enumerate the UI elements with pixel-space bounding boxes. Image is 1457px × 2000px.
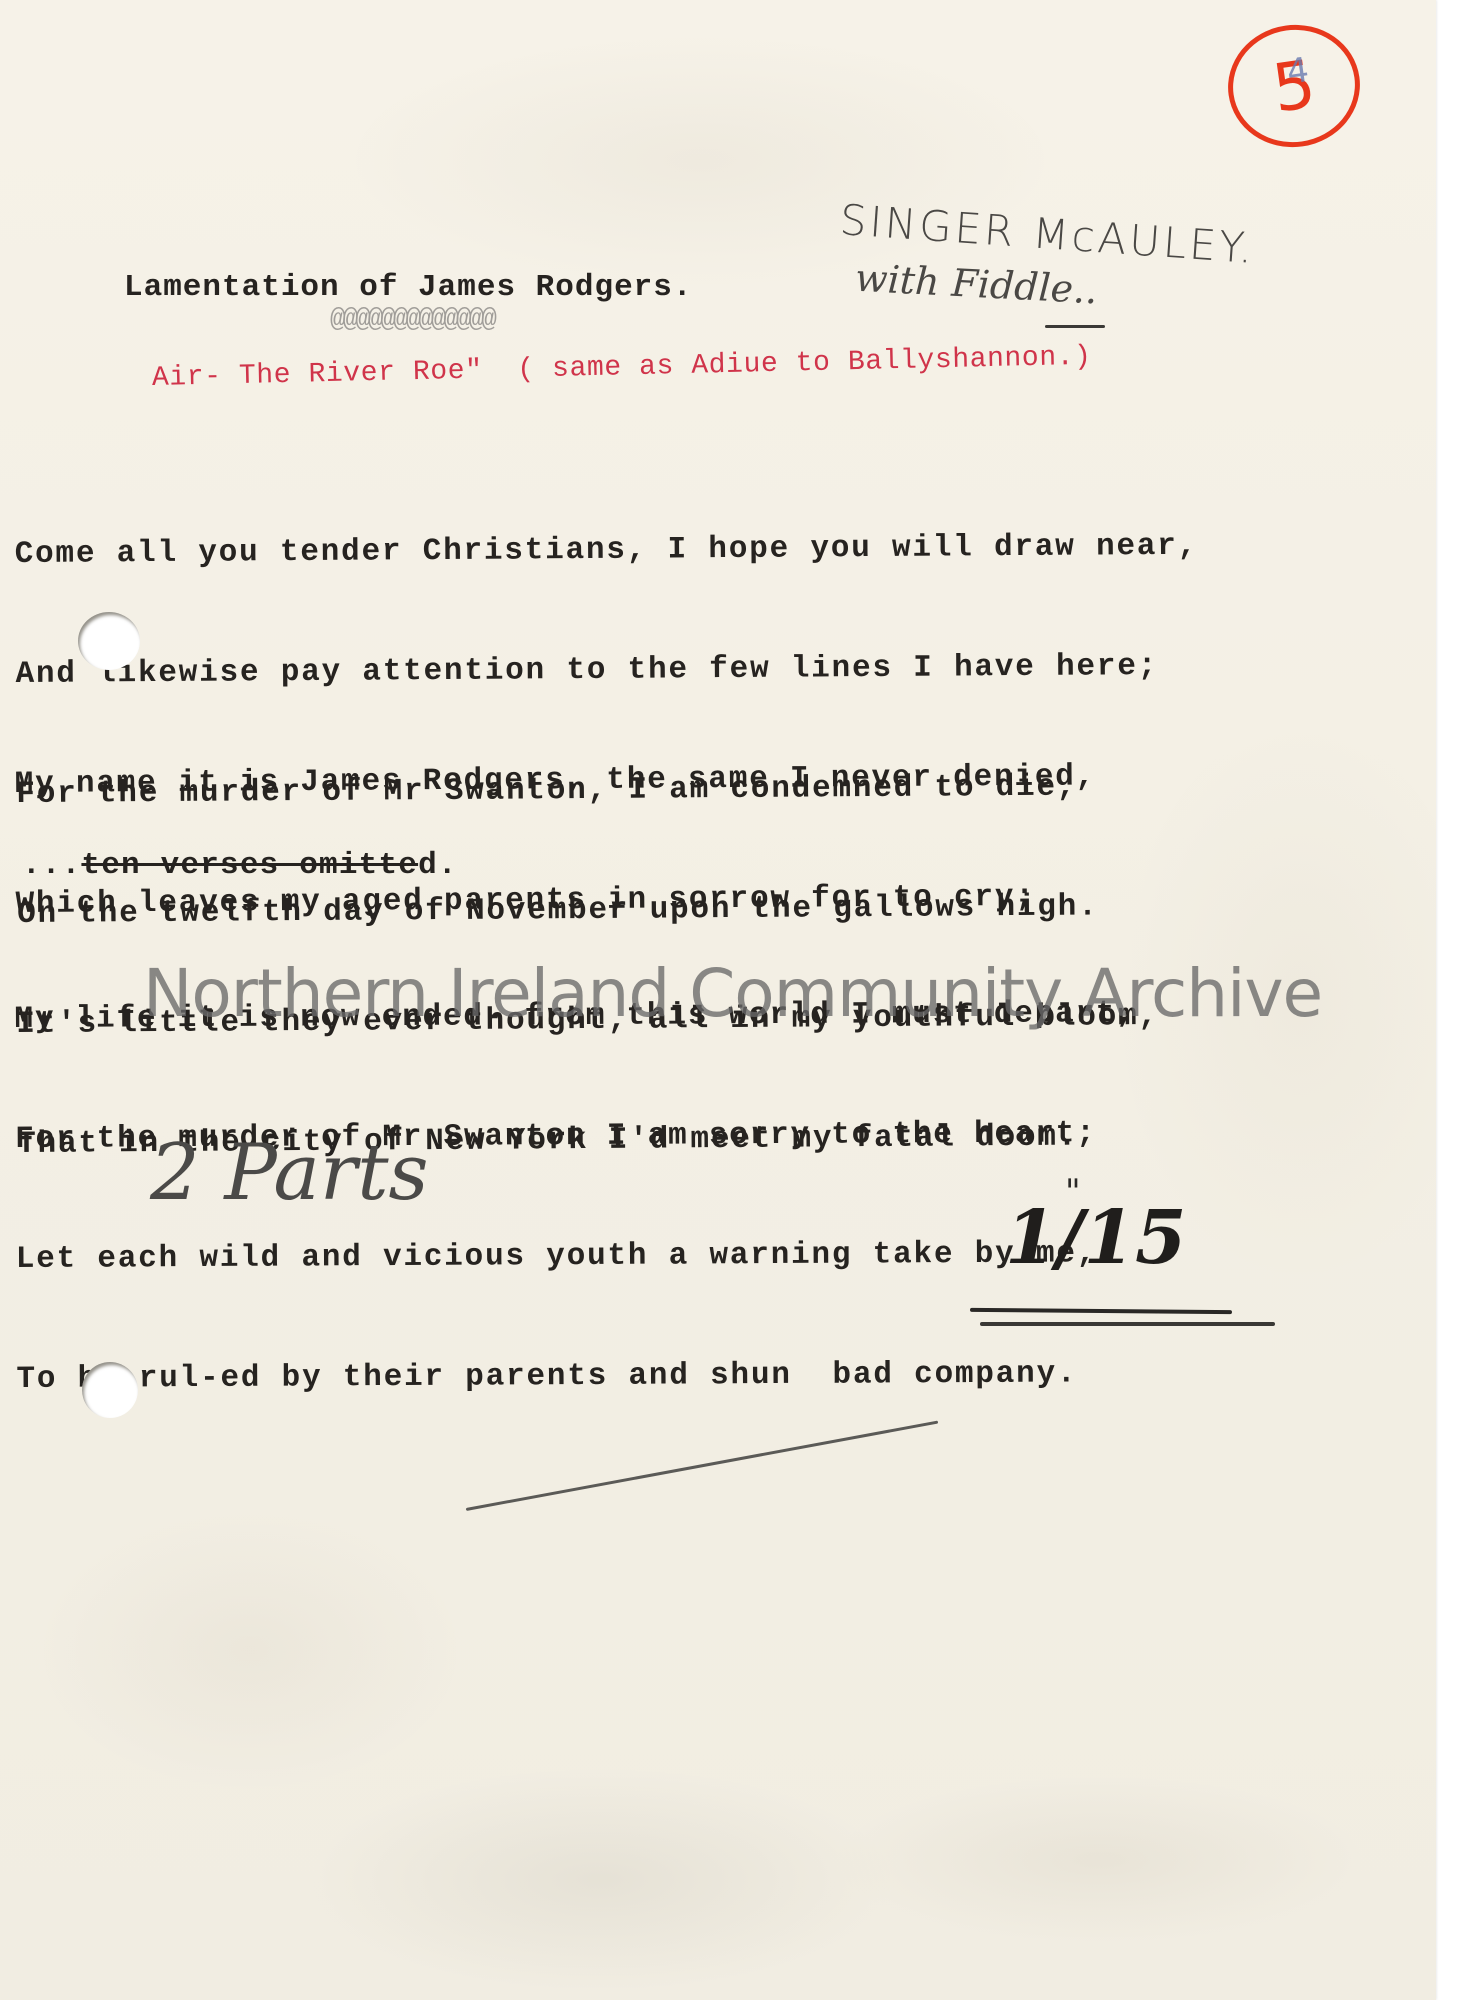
double-underline-bottom xyxy=(980,1322,1275,1326)
verse-line: Let each wild and vicious youth a warnin… xyxy=(16,1234,1138,1280)
omitted-struck-text: ten verses omitte xyxy=(81,848,418,883)
song-title: Lamentation of James Rodgers. xyxy=(124,270,693,305)
annotation-underline xyxy=(1045,325,1105,328)
punch-hole xyxy=(82,1362,138,1418)
title-underline: @@@@@@@@@@@@@ xyxy=(330,304,494,334)
omitted-prefix: ... xyxy=(22,848,81,883)
price-annotation: 1/15 xyxy=(1005,1195,1187,1281)
punch-hole xyxy=(78,612,140,670)
verse-line: Come all you tender Christians, I hope y… xyxy=(15,527,1199,575)
verse-line: To be rul-ed by their parents and shun b… xyxy=(16,1354,1138,1400)
verse-line: My name it is James Rodgers, the same I … xyxy=(15,757,1158,805)
watermark: Northern Ireland Community Archive xyxy=(143,955,1322,1032)
omitted-verses-note: ...ten verses omitted. xyxy=(22,848,458,883)
parts-annotation: 2 Parts xyxy=(150,1128,429,1218)
omitted-suffix: d. xyxy=(418,848,458,883)
